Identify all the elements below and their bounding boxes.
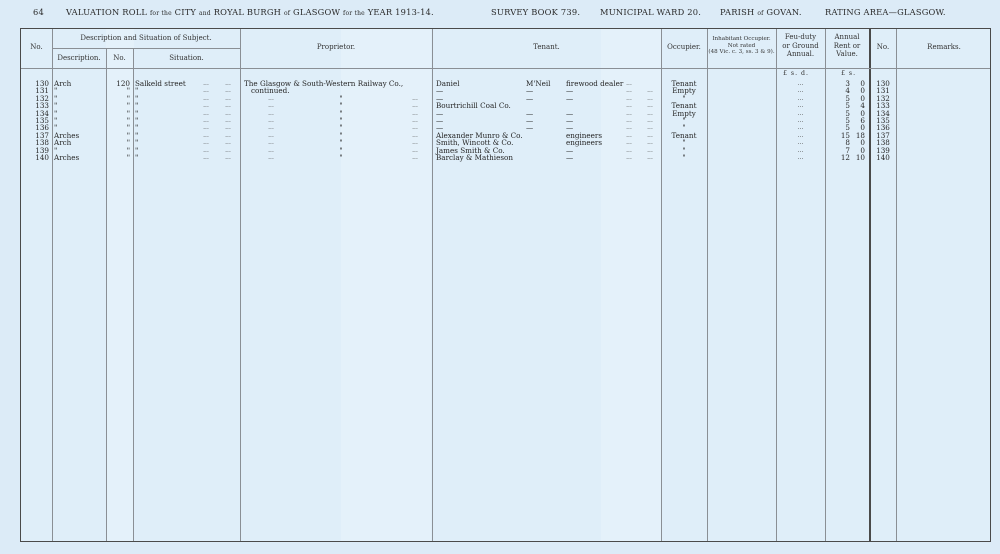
cell-t-trade: — (566, 153, 626, 162)
table-row: 137Arches""........."...Alexander Munro … (21, 131, 990, 138)
cell-rent-s: 10 (851, 153, 865, 162)
cell-s-d1: ... (196, 153, 216, 162)
header-no-right: No. (870, 43, 896, 52)
cell-rent-l: 12 (825, 153, 850, 162)
cell-desc-no: " (106, 153, 130, 162)
valuation-table: No. Description and Situation of Subject… (20, 28, 991, 542)
table-row: 136"""........."...———......"...50136 (21, 123, 990, 130)
parish: PARISH of GOVAN. (720, 7, 802, 17)
header-feu-duty: Feu-duty or Ground Annual. (776, 33, 825, 59)
table-row: 139"""........."...James Smith & Co.—...… (21, 146, 990, 153)
header-tenant: Tenant. (432, 43, 661, 52)
feu-currency-label: £ s. d. (783, 70, 809, 77)
cell-occupier: " (661, 153, 707, 162)
table-row: 132"""........."...———......"...50132 (21, 94, 990, 101)
cell-t-first: Barclay & Mathieson (436, 153, 546, 162)
header-desc-no: No. (106, 54, 133, 63)
cell-description: Arches (54, 153, 104, 162)
roll-title: VALUATION ROLL for the CITY and ROYAL BU… (66, 7, 434, 17)
header-situation: Situation. (133, 54, 240, 63)
cell-p-d2: ... (401, 153, 429, 162)
header-inhabitant-occupier: Inhabitant Occupier. Not rated (48 Vic. … (707, 36, 776, 56)
page-header: 64 VALUATION ROLL for the CITY and ROYAL… (0, 7, 1000, 21)
cell-t-d1: ... (619, 153, 639, 162)
header-occupier: Occupier. (661, 43, 707, 52)
cell-p-ditto: " (331, 153, 351, 162)
header-no: No. (21, 43, 52, 52)
cell-no: 140 (21, 153, 49, 162)
table-row: 140Arches""........."...Barclay & Mathie… (21, 153, 990, 160)
table-row: 133"""........."...Bourtrichill Coal Co.… (21, 101, 990, 108)
rent-currency-label: £ s. (841, 70, 856, 77)
rating-area: RATING AREA—GLASGOW. (825, 7, 946, 17)
header-annual-rent: Annual Rent or Value. (825, 33, 869, 59)
table-row: 134"""........."...———......Empty...5013… (21, 109, 990, 116)
cell-p-d1: ... (256, 153, 286, 162)
table-row: 135"""........."...———......"...56135 (21, 116, 990, 123)
municipal-ward: MUNICIPAL WARD 20. (600, 7, 701, 17)
cell-s-d2: ... (219, 153, 237, 162)
page-number: 64 (33, 7, 44, 17)
header-group-rule (52, 48, 240, 49)
cell-situation: " (135, 153, 205, 162)
table-row: 138Arch""........."...Smith, Wincott & C… (21, 138, 990, 145)
cell-no-right: 140 (870, 153, 896, 162)
survey-book: SURVEY BOOK 739. (491, 7, 580, 17)
header-bottom-rule (21, 68, 990, 69)
header-proprietor: Proprietor. (240, 43, 432, 52)
header-description: Description. (52, 54, 106, 63)
table-row: 130Arch120Salkeld street......DanielM'Ne… (21, 79, 990, 86)
header-description-group: Description and Situation of Subject. (52, 34, 240, 43)
table-row: 131"""......———......Empty...40131 (21, 86, 990, 93)
header-remarks: Remarks. (896, 43, 992, 52)
cell-feu: ... (776, 153, 825, 162)
cell-t-d2: ... (641, 153, 659, 162)
